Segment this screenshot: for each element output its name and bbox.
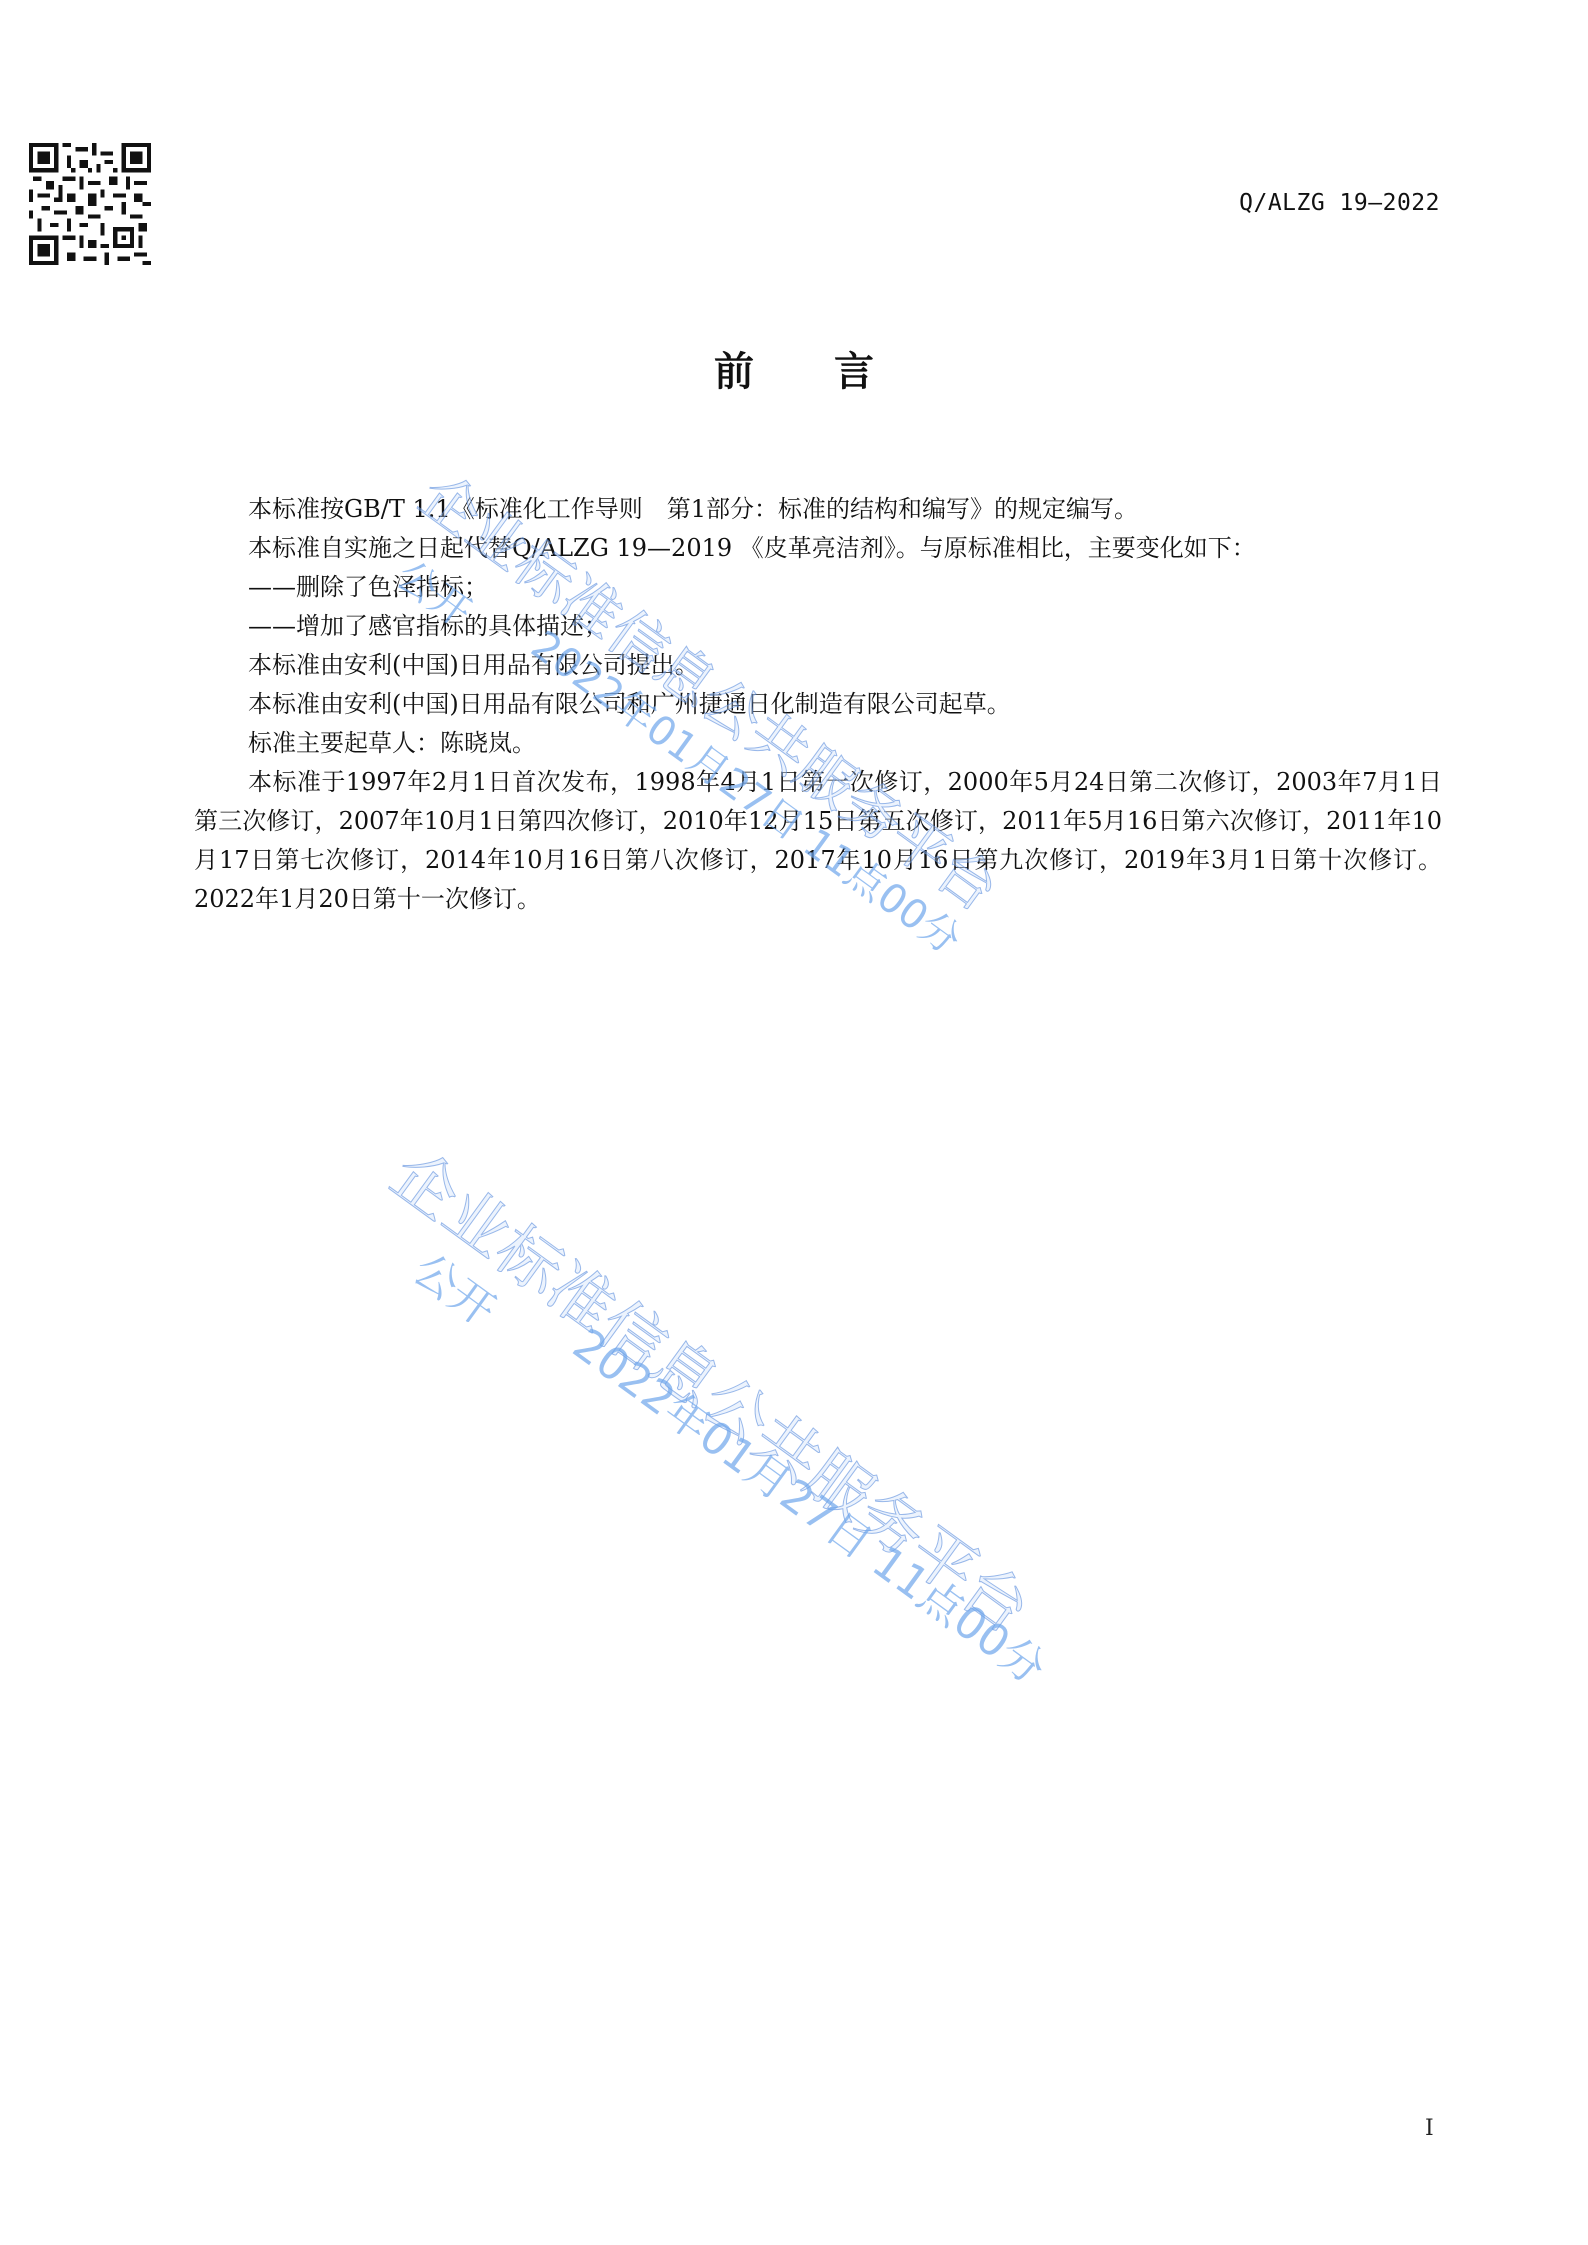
title-char-2: 言 bbox=[834, 340, 874, 397]
title-char-1: 前 bbox=[714, 340, 754, 397]
paragraph-drafting-rules: 本标准按GB/T 1.1《标准化工作导则 第1部分：标准的结构和编写》的规定编写… bbox=[194, 490, 1442, 529]
paragraph-replacement: 本标准自实施之日起代替Q/ALZG 19—2019 《皮革亮洁剂》。与原标准相比… bbox=[194, 529, 1442, 568]
paragraph-revision-history: 本标准于1997年2月1日首次发布，1998年4月1日第一次修订，2000年5月… bbox=[194, 763, 1442, 919]
watermark-platform-name: 企业标准信息公共服务平台 bbox=[376, 1125, 1051, 1651]
watermark-timestamp: 2022年01月27日 11点00分 bbox=[562, 1310, 1061, 1697]
paragraph-drafters-org: 本标准由安利(中国)日用品有限公司和广州捷通日化制造有限公司起草。 bbox=[194, 685, 1442, 724]
change-item-1: ——删除了色泽指标； bbox=[194, 568, 1442, 607]
page-number: I bbox=[1425, 2116, 1434, 2141]
paragraph-proposer: 本标准由安利(中国)日用品有限公司提出。 bbox=[194, 646, 1442, 685]
standard-number: Q/ALZG 19—2022 bbox=[1239, 190, 1440, 216]
change-item-2: ——增加了感官指标的具体描述； bbox=[194, 607, 1442, 646]
paragraph-main-drafter: 标准主要起草人：陈晓岚。 bbox=[194, 724, 1442, 763]
qr-code-icon bbox=[29, 143, 151, 265]
watermark-public-label: 公开 bbox=[402, 1235, 511, 1339]
page-title: 前言 bbox=[0, 340, 1588, 397]
preface-body: 本标准按GB/T 1.1《标准化工作导则 第1部分：标准的结构和编写》的规定编写… bbox=[194, 490, 1442, 919]
